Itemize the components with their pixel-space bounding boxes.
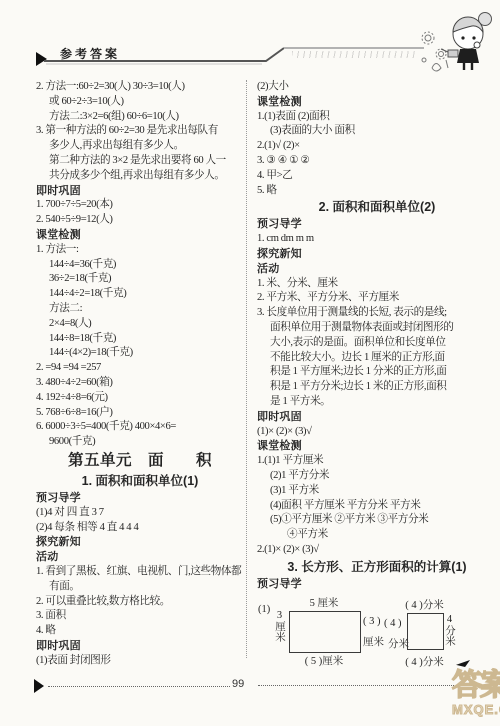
square-right-label: 4分米 [444, 614, 455, 646]
block-heading: 活动 [257, 262, 497, 277]
lesson-heading: 1. 面积和面积单位(1) [36, 472, 244, 491]
square-shape [407, 613, 444, 650]
answer-line: (2)1 平方分米 [257, 469, 497, 484]
block-heading: 即时巩固 [36, 184, 244, 199]
answer-line: 1. 米、分米、厘米 [257, 277, 497, 292]
answer-line: 3. 长度单位用于测量线的长短, 表示的是线; [257, 306, 497, 321]
answer-line: 3. 面积 [36, 609, 244, 624]
block-heading: 活动 [36, 550, 244, 565]
answer-line: 多少人,再求出每组有多少人。 [36, 139, 244, 154]
answer-line: 2.(1)√ (2)× [257, 139, 497, 154]
block-heading: 课堂检测 [257, 95, 497, 110]
square-top-label: ( 4 )分米 [377, 597, 472, 612]
answer-line: 3. 480÷4÷2=60(箱) [36, 376, 244, 391]
answer-line: 面积单位用于测量物体表面或封闭图形的 [257, 321, 497, 336]
answer-line: 2.(1)× (2)× (3)√ [257, 543, 497, 558]
unit-heading: 第五单元 面 积 [36, 450, 244, 472]
left-answer-column: 2. 方法一:60÷2=30(人) 30÷3=10(人)或 60÷2÷3=10(… [36, 80, 244, 668]
rectangle-right-unit: 厘米 [363, 634, 384, 649]
answer-line: 2×4=8(人) [36, 317, 244, 332]
answer-line: 2. 540÷5÷9=12(人) [36, 213, 244, 228]
answer-line: 有面。 [36, 580, 244, 595]
answer-line: 2. =94 =94 =257 [36, 361, 244, 376]
answer-line: 共分成多少个组,再求出每组有多少人。 [36, 169, 244, 184]
answer-line: 6. 6000÷3÷5=400(千克) 400×4×6= [36, 420, 244, 435]
header-hatch-pattern [292, 51, 418, 58]
square-bottom-label: ( 4 )分米 [377, 654, 472, 669]
block-heading: 预习导学 [257, 217, 497, 232]
girl-watering-flowers-illustration [418, 8, 498, 78]
answer-line: 9600(千克) [36, 435, 244, 450]
answer-line: 2. 可以重叠比较,数方格比较。 [36, 595, 244, 610]
answer-line: (2)大小 [257, 80, 497, 95]
answer-line: 积是 1 平方分米;边长 1 米的正方形,面积 [257, 380, 497, 395]
answer-line: ④平方米 [257, 528, 497, 543]
answer-line: 144÷4=36(千克) [36, 258, 244, 273]
block-heading: 预习导学 [36, 491, 244, 506]
answer-line: (2)4 每条 相等 4 直 4 4 4 [36, 521, 244, 536]
square-left-value: ( 4 ) [384, 618, 402, 629]
answer-line: 4. 甲>乙 [257, 169, 497, 184]
right-answer-column: (2)大小课堂检测1.(1)表面 (2)面积(3)表面的大小 面积2.(1)√ … [257, 80, 497, 676]
column-divider [246, 80, 247, 658]
answer-line: 是 1 平方米。 [257, 395, 497, 410]
answer-line: 4. 略 [36, 624, 244, 639]
block-heading: 探究新知 [257, 247, 497, 262]
answer-line: 第二种方法的 3×2 是先求出要将 60 人一 [36, 154, 244, 169]
rectangle-bottom-label: ( 5 )厘米 [277, 653, 371, 668]
answer-line: 1. 方法一: [36, 243, 244, 258]
answer-line: 大小,表示的是面。面积单位和长度单位 [257, 336, 497, 351]
answer-key-page: 参考答案 2. 方法一:60÷2=30(人) 30÷3=10(人)或 60÷2÷… [0, 0, 500, 726]
diagram-item-label: (1) [258, 604, 270, 615]
answer-line: (3)1 平方米 [257, 484, 497, 499]
block-heading: 课堂检测 [257, 439, 497, 454]
answer-line: 1. 看到了黑板、红旗、电视机、门,这些物体都 [36, 565, 244, 580]
answer-line: 1.(1)1 平方厘米 [257, 454, 497, 469]
answer-line: 1.(1)表面 (2)面积 [257, 110, 497, 125]
answer-line: 2. 平方米、平方分米、平方厘米 [257, 291, 497, 306]
answer-line: (1)× (2)× (3)√ [257, 425, 497, 440]
answer-line: 3. ③ ④ ① ② [257, 154, 497, 169]
answer-line: 积是 1 平方厘米;边长 1 分米的正方形,面 [257, 365, 497, 380]
answer-line: 2. 方法一:60÷2=30(人) 30÷3=10(人) [36, 80, 244, 95]
answer-line: 36÷2=18(千克) [36, 272, 244, 287]
rectangle-top-label: 5 厘米 [289, 595, 359, 610]
answer-line: 5. 略 [257, 184, 497, 199]
answer-line: 方法二: [36, 302, 244, 317]
answer-line: 方法二:3×2=6(组) 60÷6=10(人) [36, 110, 244, 125]
answer-line: 144÷8=18(千克) [36, 332, 244, 347]
block-heading: 探究新知 [36, 535, 244, 550]
answer-line: (1)4 对 四 直 3 7 [36, 506, 244, 521]
lesson-heading: 3. 长方形、正方形面积的计算(1) [257, 558, 497, 577]
block-heading: 预习导学 [257, 577, 497, 592]
answer-line: 或 60÷2÷3=10(人) [36, 95, 244, 110]
lesson-heading: 2. 面积和面积单位(2) [257, 198, 497, 217]
watermark-cn-part1: 答案 [452, 669, 500, 702]
block-heading: 即时巩固 [36, 639, 244, 654]
answer-line: (5)①平方厘米 ②平方米 ③平方分米 [257, 513, 497, 528]
answer-line: 1. cm dm m m [257, 232, 497, 247]
answer-line: 4. 192÷4÷8=6(元) [36, 391, 244, 406]
answer-line: 144÷4÷2=18(千克) [36, 287, 244, 302]
answer-line: 144÷(4×2)=18(千克) [36, 346, 244, 361]
watermark-cn-text: 答案圈 [452, 668, 500, 702]
footer-dotted-rule-left [48, 686, 230, 687]
rectangle-right-value: ( 3 ) [363, 616, 381, 627]
watermark: 答案圈 MXQE.COM [452, 668, 500, 718]
footer-dotted-rule-right [258, 685, 458, 686]
answer-line: 5. 768÷6÷8=16(户) [36, 406, 244, 421]
answer-line: (3)表面的大小 面积 [257, 124, 497, 139]
answer-line: 3. 第一种方法的 60÷2=30 是先求出每队有 [36, 124, 244, 139]
block-heading: 课堂检测 [36, 228, 244, 243]
square-left-unit: 分米 [388, 636, 409, 651]
answer-line: 1. 700÷7÷5=20(本) [36, 198, 244, 213]
rectangle-shape [289, 611, 361, 653]
answer-line: (4)面积 平方厘米 平方分米 平方米 [257, 499, 497, 514]
footer-triangle-marker-icon [34, 679, 44, 693]
page-number: 99 [232, 678, 244, 690]
answer-line: 不能比较大小。边长 1 厘米的正方形,面 [257, 351, 497, 366]
rectangle-left-label: 3厘米 [274, 610, 285, 642]
block-heading: 即时巩固 [257, 410, 497, 425]
answer-line: (1)表面 封闭图形 [36, 654, 244, 669]
watermark-en-text: MXQE.COM [452, 702, 500, 718]
